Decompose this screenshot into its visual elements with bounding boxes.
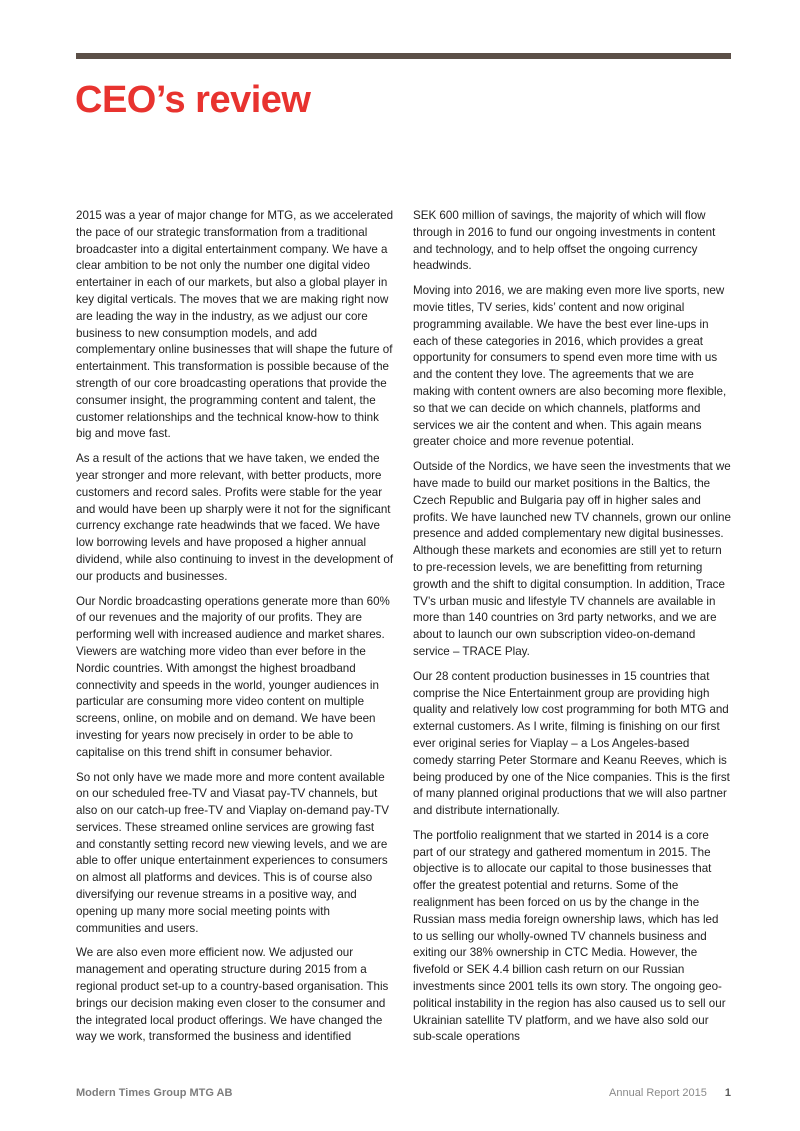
paragraph: SEK 600 million of savings, the majority… bbox=[413, 208, 731, 275]
paragraph: The portfolio realignment that we starte… bbox=[413, 828, 731, 1046]
footer-company: Modern Times Group MTG AB bbox=[76, 1087, 232, 1099]
right-column: SEK 600 million of savings, the majority… bbox=[413, 208, 731, 1054]
paragraph: Our Nordic broadcasting operations gener… bbox=[76, 594, 394, 762]
paragraph: As a result of the actions that we have … bbox=[76, 451, 394, 585]
footer-report-title: Annual Report 2015 bbox=[609, 1087, 707, 1099]
body-columns: 2015 was a year of major change for MTG,… bbox=[76, 208, 731, 1054]
paragraph: Moving into 2016, we are making even mor… bbox=[413, 283, 731, 451]
header-rule bbox=[76, 53, 731, 59]
paragraph: We are also even more efficient now. We … bbox=[76, 945, 394, 1046]
paragraph: Our 28 content production businesses in … bbox=[413, 669, 731, 820]
page-title: CEO’s review bbox=[75, 76, 311, 124]
footer-right: Annual Report 2015 1 bbox=[609, 1087, 731, 1099]
paragraph: Outside of the Nordics, we have seen the… bbox=[413, 459, 731, 661]
left-column: 2015 was a year of major change for MTG,… bbox=[76, 208, 394, 1054]
page-footer: Modern Times Group MTG AB Annual Report … bbox=[76, 1087, 731, 1099]
page-number: 1 bbox=[725, 1087, 731, 1099]
paragraph: So not only have we made more and more c… bbox=[76, 770, 394, 938]
paragraph: 2015 was a year of major change for MTG,… bbox=[76, 208, 394, 443]
